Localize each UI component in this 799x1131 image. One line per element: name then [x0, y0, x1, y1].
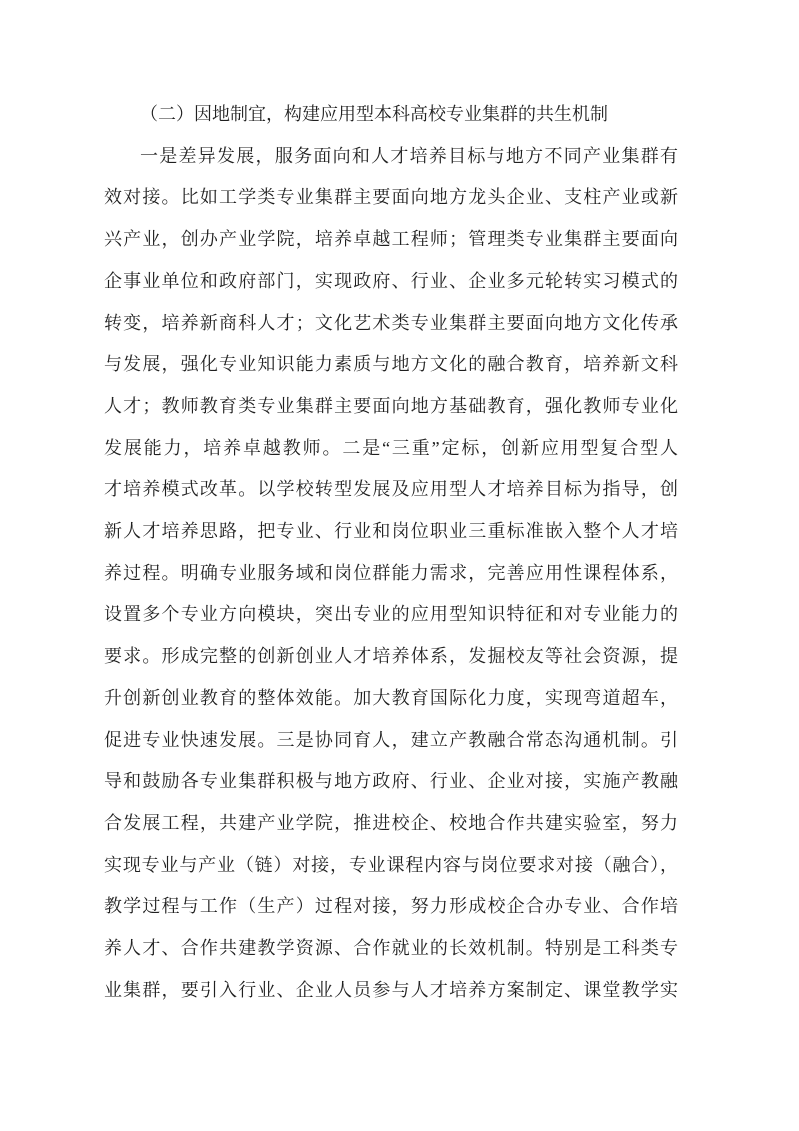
body-line: 导和鼓励各专业集群积极与地方政府、行业、企业对接，实施产教融 — [104, 761, 678, 803]
body-line: 兴产业，创办产业学院，培养卓越工程师；管理类专业集群主要面向 — [104, 219, 678, 261]
body-line: 设置多个专业方向模块，突出专业的应用型知识特征和对专业能力的 — [104, 594, 678, 636]
body-line: 要求。形成完整的创新创业人才培养体系，发掘校友等社会资源，提 — [104, 636, 678, 678]
body-line: 效对接。比如工学类专业集群主要面向地方龙头企业、支柱产业或新 — [104, 177, 678, 219]
body-line: 才培养模式改革。以学校转型发展及应用型人才培养目标为指导，创 — [104, 469, 678, 511]
body-line: 企事业单位和政府部门，实现政府、行业、企业多元轮转实习模式的 — [104, 261, 678, 303]
body-line: 升创新创业教育的整体效能。加大教育国际化力度，实现弯道超车， — [104, 678, 678, 720]
body-line: 实现专业与产业（链）对接，专业课程内容与岗位要求对接（融合）， — [104, 845, 678, 887]
body-line: 新人才培养思路，把专业、行业和岗位职业三重标准嵌入整个人才培 — [104, 511, 678, 553]
body-line: 转变，培养新商科人才；文化艺术类专业集群主要面向地方文化传承 — [104, 303, 678, 345]
document-text-block: （二）因地制宜，构建应用型本科高校专业集群的共生机制 一是差异发展，服务面向和人… — [104, 94, 678, 1011]
body-line: 促进专业快速发展。三是协同育人，建立产教融合常态沟通机制。引 — [104, 720, 678, 762]
body-line: 发展能力，培养卓越教师。二是“三重”定标，创新应用型复合型人 — [104, 428, 678, 470]
body-paragraph: 一是差异发展，服务面向和人才培养目标与地方不同产业集群有 效对接。比如工学类专业… — [104, 136, 678, 1012]
body-line: 教学过程与工作（生产）过程对接，努力形成校企合办专业、合作培 — [104, 886, 678, 928]
body-line: 业集群，要引入行业、企业人员参与人才培养方案制定、课堂教学实 — [104, 970, 678, 1012]
body-line: 一是差异发展，服务面向和人才培养目标与地方不同产业集群有 — [104, 136, 678, 178]
body-line: 人才；教师教育类专业集群主要面向地方基础教育，强化教师专业化 — [104, 386, 678, 428]
body-line: 养人才、合作共建教学资源、合作就业的长效机制。特别是工科类专 — [104, 928, 678, 970]
body-line: 养过程。明确专业服务域和岗位群能力需求，完善应用性课程体系， — [104, 553, 678, 595]
document-page: （二）因地制宜，构建应用型本科高校专业集群的共生机制 一是差异发展，服务面向和人… — [0, 0, 799, 1131]
body-line: 合发展工程，共建产业学院，推进校企、校地合作共建实验室，努力 — [104, 803, 678, 845]
section-heading: （二）因地制宜，构建应用型本科高校专业集群的共生机制 — [104, 94, 678, 136]
body-line: 与发展，强化专业知识能力素质与地方文化的融合教育，培养新文科 — [104, 344, 678, 386]
